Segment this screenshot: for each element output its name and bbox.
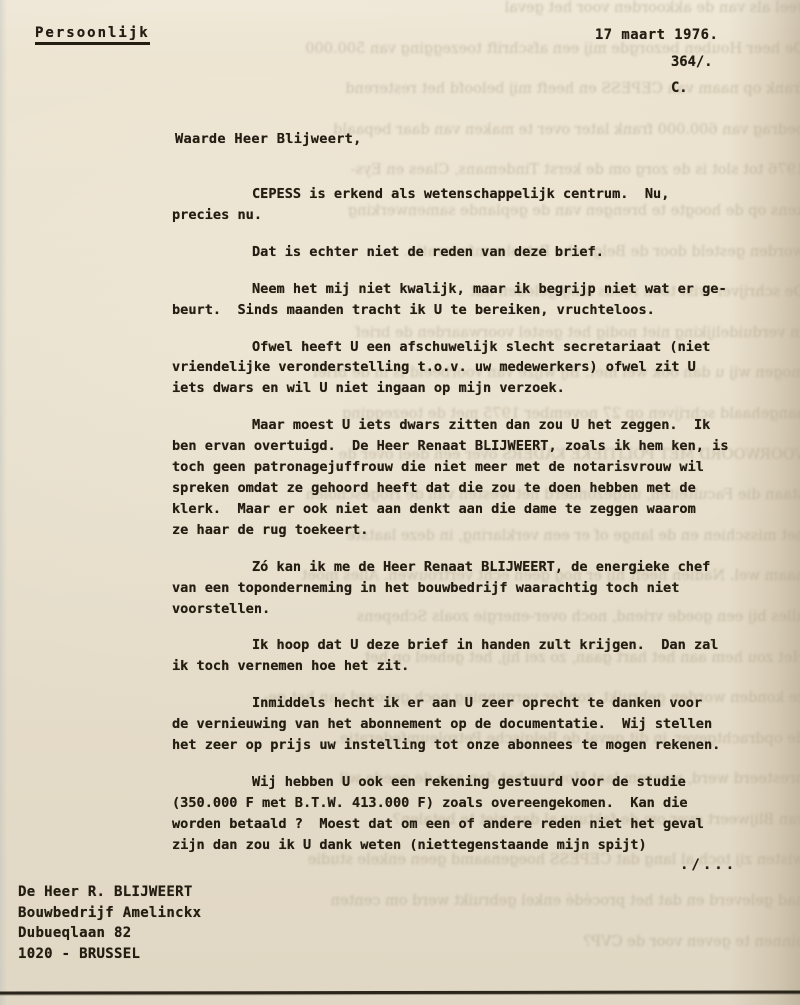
paragraph-2: Dat is echter niet de reden van deze bri… bbox=[172, 242, 754, 263]
recipient-address-block: De Heer R. BLIJWEERT Bouwbedrijf Amelinc… bbox=[18, 882, 201, 964]
continuation-mark: ./... bbox=[680, 857, 737, 873]
paragraph-3: Neem het mij niet kwalijk, maar ik begri… bbox=[172, 279, 754, 321]
paragraph-7: Ik hoop dat U deze brief in handen zult … bbox=[172, 635, 754, 677]
paragraph-5: Maar moest U iets dwars zitten dan zou U… bbox=[172, 415, 754, 540]
document-page: veel als van de akkoorden voor het geval… bbox=[0, 0, 800, 1005]
paragraph-6: Zó kan ik me de Heer Renaat BLIJWEERT, d… bbox=[172, 557, 754, 620]
classification-label: Persoonlijk bbox=[35, 25, 150, 45]
reference-letter: C. bbox=[671, 80, 688, 96]
letter-date: 17 maart 1976. bbox=[595, 27, 718, 43]
paragraph-4: Ofwel heeft U een afschuwelijk slecht se… bbox=[172, 337, 754, 400]
paragraph-1: CEPESS is erkend als wetenschappelijk ce… bbox=[172, 184, 754, 226]
salutation: Waarde Heer Blijweert, bbox=[175, 131, 362, 147]
paragraph-8: Inmiddels hecht ik er aan U zeer oprecht… bbox=[172, 693, 754, 756]
letter-body: CEPESS is erkend als wetenschappelijk ce… bbox=[172, 184, 754, 872]
paragraph-9: Wij hebben U ook een rekening gestuurd v… bbox=[172, 772, 754, 856]
reference-number: 364/. bbox=[671, 54, 713, 70]
